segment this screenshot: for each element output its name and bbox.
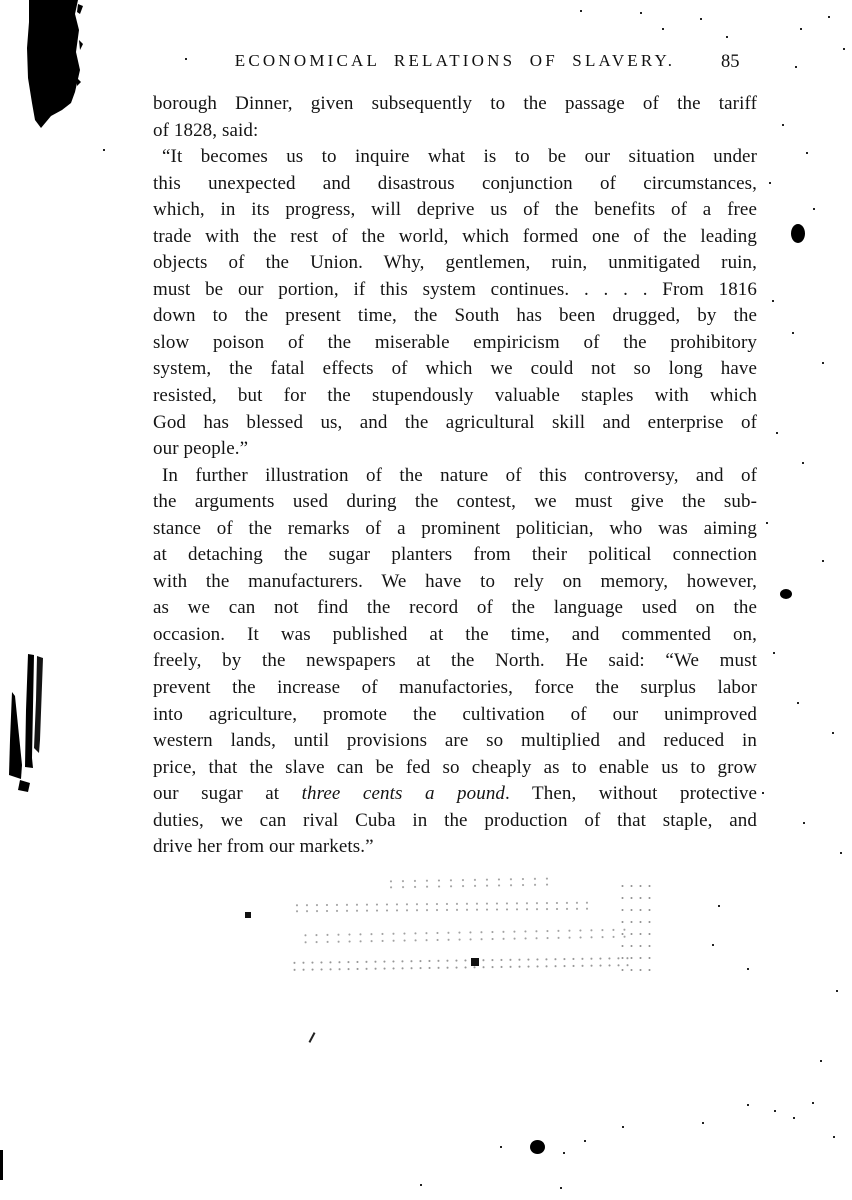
text-line: as we can not find the record of the lan… bbox=[153, 595, 757, 622]
text-line: down to the present time, the South has … bbox=[153, 303, 757, 330]
text-line: must be our portion, if this system cont… bbox=[153, 277, 757, 304]
bleed-through-noise bbox=[290, 955, 635, 975]
text-line: trade with the rest of the world, which … bbox=[153, 224, 757, 251]
text-line: In further illustration of the nature of… bbox=[153, 463, 757, 490]
text-line: our sugar at three cents a pound. Then, … bbox=[153, 781, 757, 808]
text-line: price, that the slave can be fed so chea… bbox=[153, 755, 757, 782]
text-line: which, in its progress, will deprive us … bbox=[153, 197, 757, 224]
scanned-book-page: ECONOMICAL RELATIONS OF SLAVERY. 85 boro… bbox=[0, 0, 852, 1200]
text-line: the arguments used during the contest, w… bbox=[153, 489, 757, 516]
text-line: with the manufacturers. We have to rely … bbox=[153, 569, 757, 596]
stray-pen-mark bbox=[309, 1032, 316, 1043]
text-line: stance of the remarks of a prominent pol… bbox=[153, 516, 757, 543]
text-line: into agriculture, promote the cultivatio… bbox=[153, 702, 757, 729]
text-line: God has blessed us, and the agricultural… bbox=[153, 410, 757, 437]
scan-speckle-layer bbox=[0, 0, 2, 2]
text-line: our people.” bbox=[153, 436, 757, 463]
text-line: resisted, but for the stupendously valua… bbox=[153, 383, 757, 410]
bleed-through-noise bbox=[618, 880, 652, 980]
text-line: freely, by the newspapers at the North. … bbox=[153, 648, 757, 675]
bleed-through-noise bbox=[292, 900, 592, 916]
left-edge-bar bbox=[0, 1150, 3, 1180]
bleed-through-noise bbox=[300, 926, 630, 945]
page-number: 85 bbox=[721, 52, 740, 73]
text-line: of 1828, said: bbox=[153, 118, 757, 145]
text-line: drive her from our markets.” bbox=[153, 834, 757, 861]
left-margin-ink-strokes bbox=[0, 640, 60, 805]
text-line: prevent the increase of manufactories, f… bbox=[153, 675, 757, 702]
text-line: “It becomes us to inquire what is to be … bbox=[153, 144, 757, 171]
text-line: borough Dinner, given subsequently to th… bbox=[153, 91, 757, 118]
text-line: occasion. It was published at the time, … bbox=[153, 622, 757, 649]
text-line: at detaching the sugar planters from the… bbox=[153, 542, 757, 569]
text-line: western lands, until provisions are so m… bbox=[153, 728, 757, 755]
right-margin-ink-dot-middle bbox=[780, 589, 792, 599]
text-line: system, the fatal effects of which we co… bbox=[153, 356, 757, 383]
top-left-ink-blot bbox=[25, 0, 95, 135]
running-header-title: ECONOMICAL RELATIONS OF SLAVERY. bbox=[153, 51, 757, 71]
right-margin-ink-dot-upper bbox=[791, 224, 805, 243]
bleed-through-noise bbox=[385, 876, 550, 891]
text-line: this unexpected and disastrous conjuncti… bbox=[153, 171, 757, 198]
text-line: slow poison of the miserable empiricism … bbox=[153, 330, 757, 357]
text-line: objects of the Union. Why, gentlemen, ru… bbox=[153, 250, 757, 277]
text-body: borough Dinner, given subsequently to th… bbox=[153, 91, 757, 861]
text-line: duties, we can rival Cuba in the product… bbox=[153, 808, 757, 835]
bottom-center-ink-dot bbox=[530, 1140, 545, 1154]
